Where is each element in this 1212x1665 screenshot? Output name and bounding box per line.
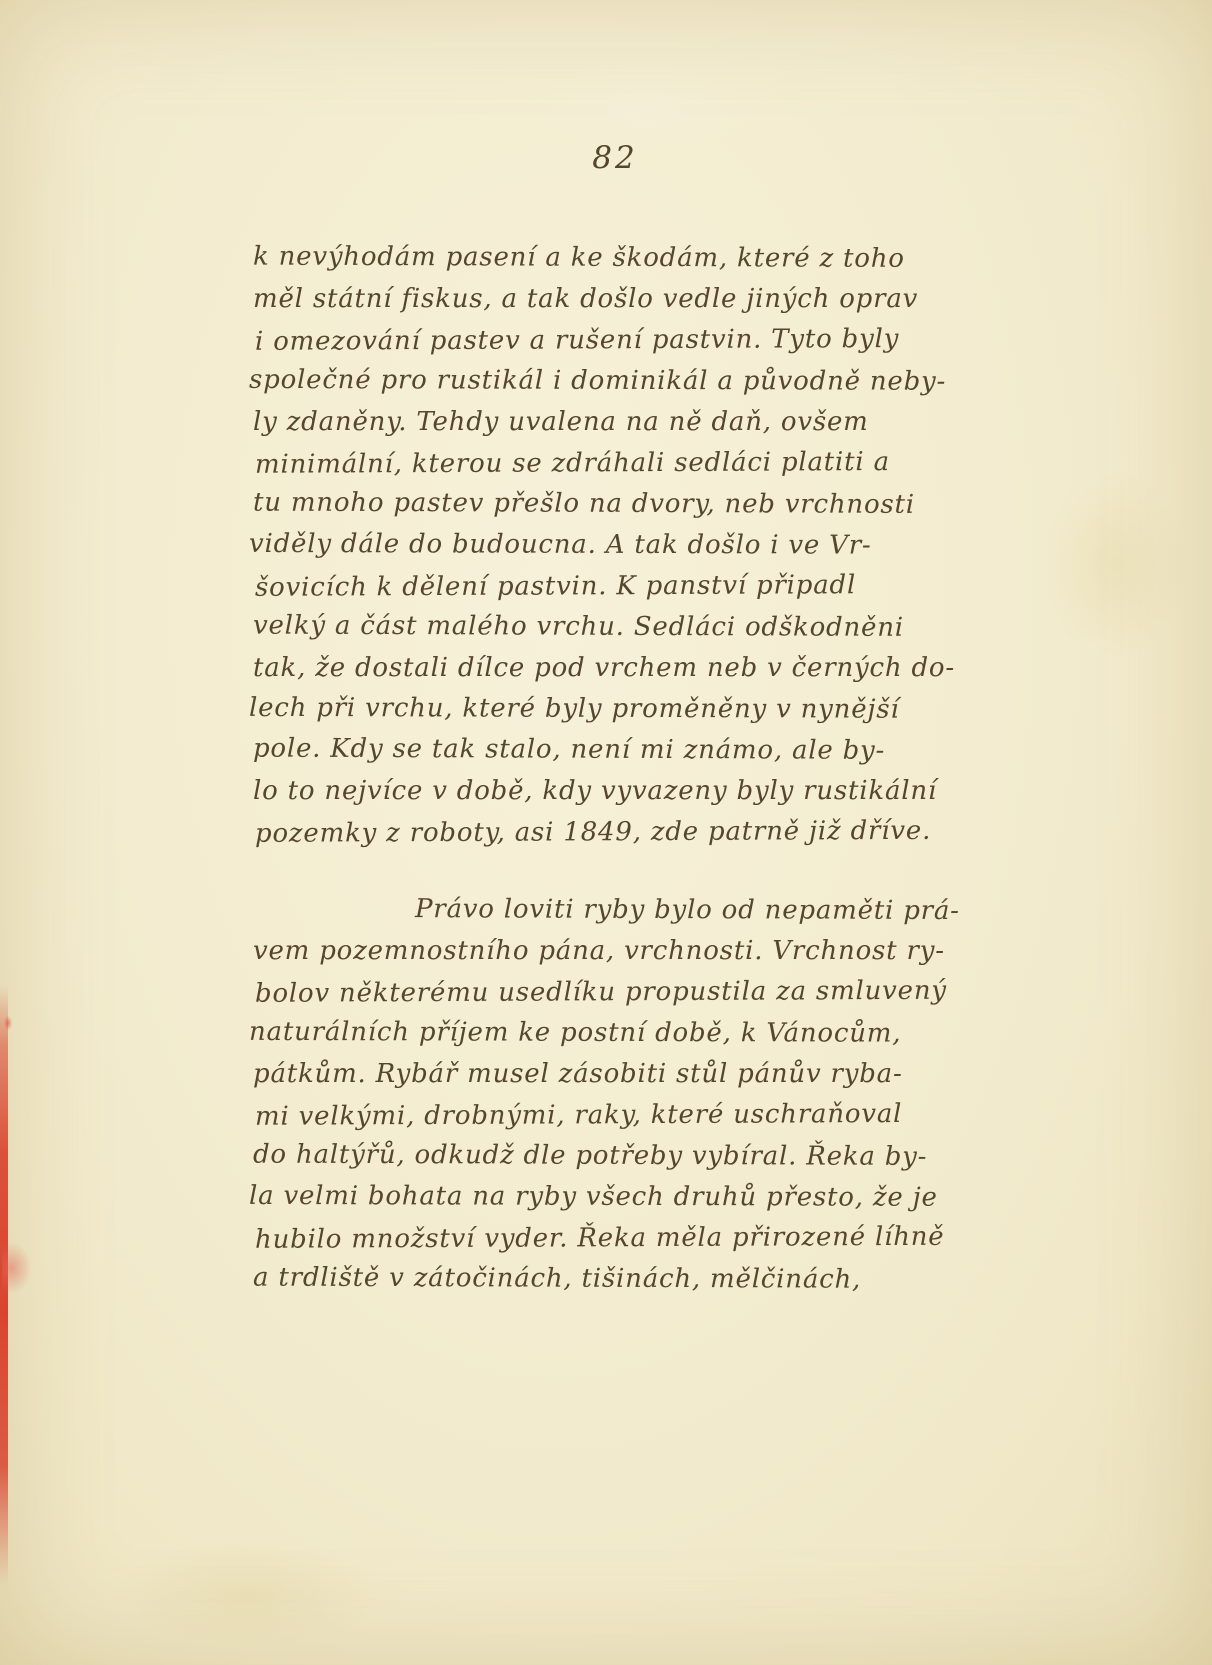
paper-stain <box>540 60 760 150</box>
text-line: tu mnoho pastev přešlo na dvory, neb vrc… <box>253 483 1073 527</box>
text-line: tak, že dostali dílce pod vrchem neb v č… <box>253 648 1073 689</box>
red-edge-speck <box>4 1016 12 1030</box>
text-line: do haltýřů, odkudž dle potřeby vybíral. … <box>253 1135 1073 1179</box>
text-line: Právo loviti ryby bylo od nepaměti prá- <box>253 889 1073 933</box>
page-number: 82 <box>569 140 661 176</box>
text-line: naturálních příjem ke postní době, k Ván… <box>249 1012 1069 1055</box>
text-line: bolov některému usedlíku propustila za s… <box>255 970 1075 1015</box>
text-line: minimální, kterou se zdráhali sedláci pl… <box>255 441 1075 486</box>
text-line: hubilo množství vyder. Řeka měla přiroze… <box>255 1216 1075 1261</box>
text-line: vem pozemnostního pána, vrchnosti. Vrchn… <box>253 931 1073 972</box>
text-line: měl státní fiskus, a tak došlo vedle jin… <box>253 279 1073 320</box>
text-line: ly zdaněny. Tehdy uvalena na ně daň, ovš… <box>253 402 1073 443</box>
text-line: pátkům. Rybář musel zásobiti stůl pánův … <box>253 1054 1073 1095</box>
paragraph-pastures: k nevýhodám pasení a ke škodám, které z … <box>253 238 1073 853</box>
text-line: velký a část malého vrchu. Sedláci odško… <box>253 606 1073 650</box>
text-line: společné pro rustikál i dominikál a půvo… <box>249 360 1069 403</box>
scanned-manuscript-page: 82 k nevýhodám pasení a ke škodám, které… <box>0 0 1212 1665</box>
paper-stain <box>120 1540 380 1650</box>
text-line: la velmi bohata na ryby všech druhů přes… <box>249 1176 1069 1219</box>
text-line: lech při vrchu, které byly proměněny v n… <box>249 688 1069 731</box>
text-line: lo to nejvíce v době, kdy vyvazeny byly … <box>253 771 1073 812</box>
manuscript-text: k nevýhodám pasení a ke škodám, které z … <box>253 238 1073 1300</box>
text-line: k nevýhodám pasení a ke škodám, které z … <box>253 237 1073 281</box>
text-line: viděly dále do budoucna. A tak došlo i v… <box>249 524 1069 567</box>
paragraph-fishing-rights: Právo loviti ryby bylo od nepaměti prá- … <box>253 890 1073 1300</box>
text-line: i omezování pastev a rušení pastvin. Tyt… <box>255 318 1075 363</box>
text-line: pozemky z roboty, asi 1849, zde patrně j… <box>255 810 1075 855</box>
text-line: mi velkými, drobnými, raky, které uschra… <box>255 1093 1075 1138</box>
text-line: pole. Kdy se tak stalo, není mi známo, a… <box>253 729 1073 773</box>
text-line: šovicích k dělení pastvin. K panství při… <box>255 564 1075 609</box>
text-line: a trdliště v zátočinách, tišinách, mělči… <box>253 1258 1073 1302</box>
red-edge-smudge <box>2 1242 32 1294</box>
